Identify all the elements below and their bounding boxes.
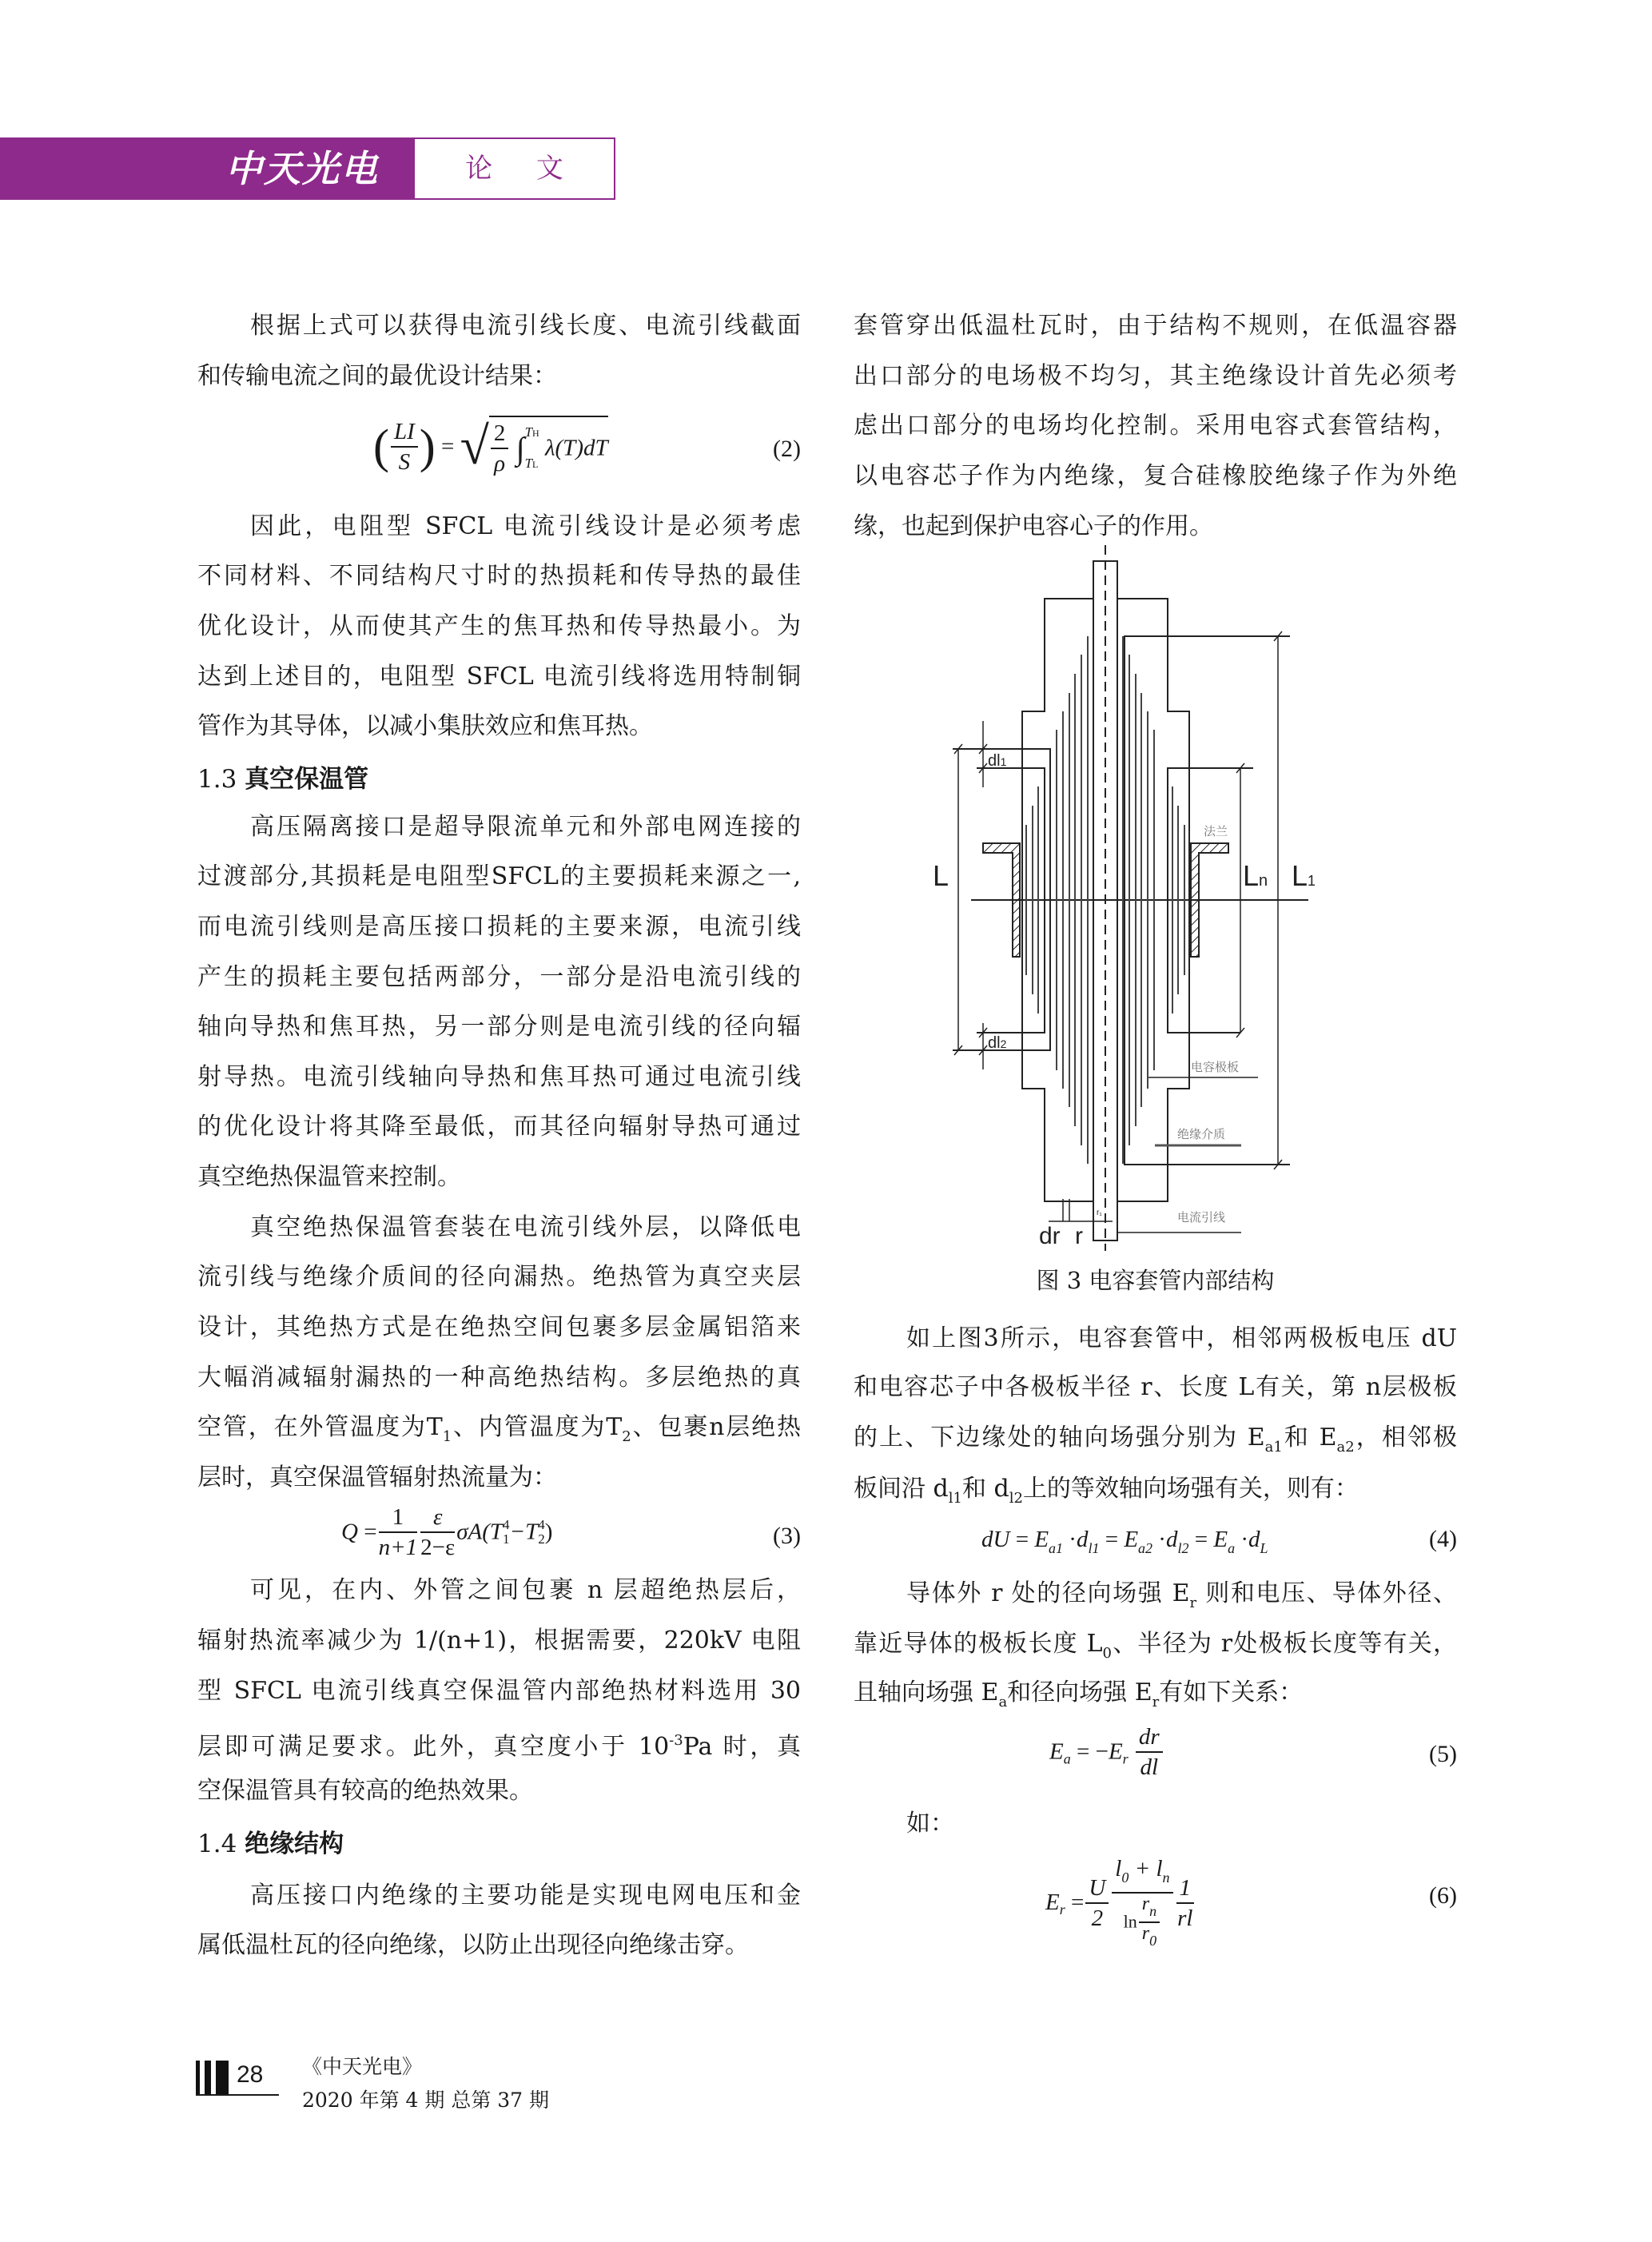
paragraph-line: 过渡部分,其损耗是电阻型SFCL的主要损耗来源之一,	[197, 852, 801, 902]
equation-2: (LIS) = √ 2ρ ∫THTL λ(T)dT	[373, 416, 608, 496]
paragraph-line: 真空绝热保温管套装在电流引线外层，以降低电	[197, 1203, 801, 1252]
section-heading-1-3: 1.3 真空保温管	[197, 755, 368, 804]
paragraph-line: 的优化设计将其降至最低，而其径向辐射导热可通过	[197, 1102, 801, 1152]
equation-number: (6)	[1429, 1882, 1457, 1909]
equation-6: Er =U2l0 + lnlnrnr01rl	[1045, 1854, 1196, 1951]
section-heading-1-4: 1.4 绝缘结构	[197, 1819, 344, 1869]
figure-caption: 图 3 电容套管内部结构	[854, 1260, 1457, 1300]
equation-5: Ea = −Er drdl	[1049, 1722, 1164, 1782]
paragraph-line: 大幅消减辐射漏热的一种高绝热结构。多层绝热的真	[197, 1353, 801, 1403]
paragraph-line: 射导热。电流引线轴向导热和焦耳热可通过电流引线	[197, 1053, 801, 1102]
paragraph-line: 达到上述目的，电阻型 SFCL 电流引线将选用特制铜	[197, 652, 801, 702]
paragraph-line: 优化设计，从而使其产生的焦耳热和传导热最小。为	[197, 602, 801, 651]
paragraph-line: 如：	[854, 1799, 1457, 1849]
paragraph-line: 且轴向场强 Ea和径向场强 Er有如下关系：	[854, 1668, 1457, 1718]
paragraph-line: 高压接口内绝缘的主要功能是实现电网电压和金	[197, 1871, 801, 1921]
left-column: 根据上式可以获得电流引线长度、电流引线截面 和传输电流之间的最优设计结果： (L…	[197, 0, 801, 2242]
paragraph-line: 不同材料、不同结构尺寸时的热损耗和传导热的最佳	[197, 552, 801, 601]
paragraph-line: 虑出口部分的电场均化控制。采用电容式套管结构，	[854, 401, 1457, 451]
paragraph-line: 的上、下边缘处的轴向场强分别为 Ea1和 Ea2，相邻极	[854, 1413, 1457, 1463]
page-number: 28	[237, 2059, 263, 2091]
footer-journal-name: 《中天光电》	[302, 2053, 422, 2081]
paragraph-line: 管作为其导体，以减小集肤效应和焦耳热。	[197, 702, 801, 751]
paragraph-line: 空管，在外管温度为T1、内管温度为T2、包裹n层绝热	[197, 1403, 801, 1452]
equation-number: (4)	[1429, 1522, 1457, 1557]
paragraph-line: 高压隔离接口是超导限流单元和外部电网连接的	[197, 802, 801, 852]
paragraph-line: 出口部分的电场极不均匀，其主绝缘设计首先必须考	[854, 352, 1457, 401]
paragraph-line: 轴向导热和焦耳热，另一部分则是电流引线的径向辐	[197, 1002, 801, 1052]
footer-issue: 2020 年第 4 期 总第 37 期	[302, 2086, 549, 2115]
paragraph-line: 缘，也起到保护电容心子的作用。	[854, 502, 1457, 552]
equation-number: (2)	[773, 436, 801, 463]
paragraph-line: 空保温管具有较高的绝热效果。	[197, 1766, 801, 1816]
paragraph-line: 真空绝热保温管来控制。	[197, 1153, 801, 1202]
paragraph-line: 设计，其绝热方式是在绝热空间包裹多层金属铝箔来	[197, 1303, 801, 1352]
paragraph-line: 可见，在内、外管之间包裹 n 层超绝热层后，	[197, 1566, 801, 1615]
paragraph-line: 型 SFCL 电流引线真空保温管内部绝热材料选用 30	[197, 1667, 801, 1716]
paragraph-line: 板间沿 dl1和 dl2上的等效轴向场强有关，则有：	[854, 1464, 1457, 1514]
paragraph-line: 层时，真空保温管辐射热流量为：	[197, 1453, 801, 1503]
paragraph-line: 导体外 r 处的径向场强 Er 则和电压、导体外径、	[854, 1569, 1457, 1619]
paragraph-line: 流引线与绝缘介质间的径向漏热。绝热管为真空夹层	[197, 1252, 801, 1302]
paragraph-line: 套管穿出低温杜瓦时，由于结构不规则，在低温容器	[854, 301, 1457, 351]
paragraph-line: 层即可满足要求。此外，真空度小于 10-3Pa 时，真	[197, 1716, 801, 1766]
paragraph-line: 和电容芯子中各极板半径 r、长度 L有关，第 n层极板	[854, 1363, 1457, 1412]
equation-number: (5)	[1429, 1741, 1457, 1768]
paragraph-line: 而电流引线则是高压接口损耗的主要来源，电流引线	[197, 902, 801, 952]
paragraph-line: 靠近导体的极板长度 L0、半径为 r处极板长度等有关，	[854, 1619, 1457, 1669]
equation-3: Q =1n+1ε2−εσA(T41−T42)	[341, 1503, 552, 1575]
paragraph-line: 因此，电阻型 SFCL 电流引线设计是必须考虑	[197, 502, 801, 552]
paragraph-line: 辐射热流率减少为 1/(n+1)，根据需要，220kV 电阻	[197, 1616, 801, 1666]
paragraph-line: 和传输电流之间的最优设计结果：	[197, 352, 801, 401]
equation-4: dU = Ea1 ·dl1 = Ea2 ·dl2 = Ea ·dL	[981, 1522, 1268, 1566]
paragraph-line: 以电容芯子作为内绝缘，复合硅橡胶绝缘子作为外绝	[854, 452, 1457, 501]
page-marker-bars	[196, 2061, 231, 2094]
paragraph-line: 根据上式可以获得电流引线长度、电流引线截面	[197, 301, 801, 351]
paragraph-line: 产生的损耗主要包括两部分，一部分是沿电流引线的	[197, 953, 801, 1002]
equation-number: (3)	[773, 1523, 801, 1550]
paragraph-line: 属低温杜瓦的径向绝缘，以防止出现径向绝缘击穿。	[197, 1921, 801, 1970]
paragraph-line: 如上图3所示，电容套管中，相邻两极板电压 dU	[854, 1314, 1457, 1364]
page-number-underline	[196, 2094, 279, 2096]
